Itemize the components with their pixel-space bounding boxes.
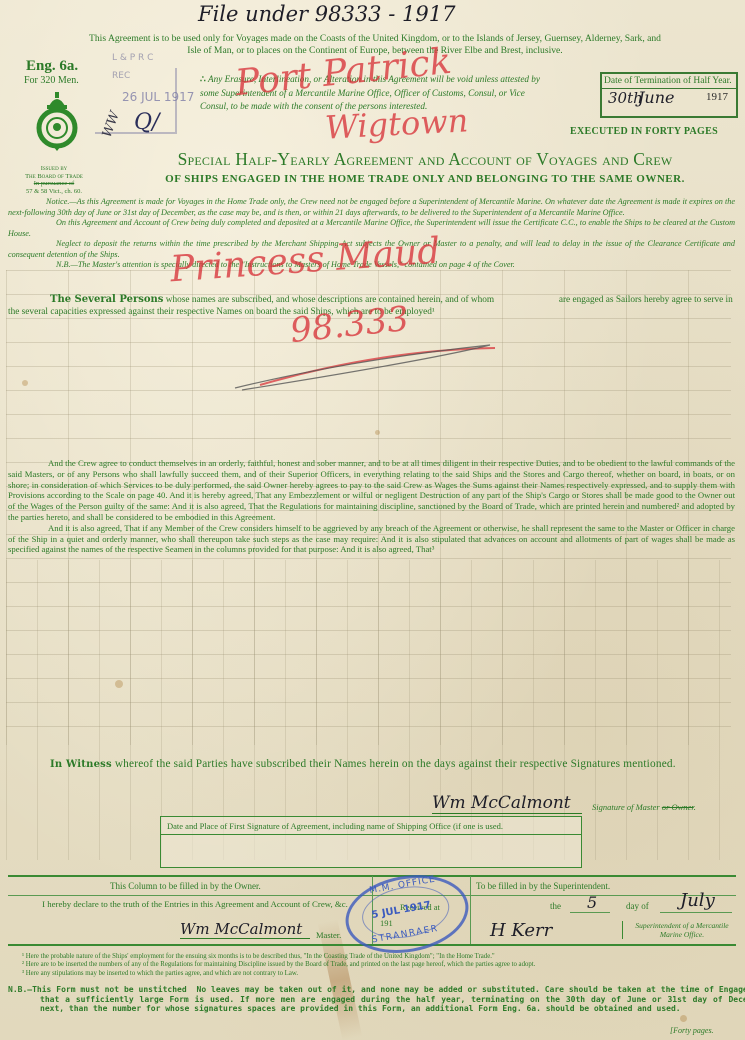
received-stamp-line1: L & P R C — [112, 53, 153, 63]
received-stamp-line2: REC — [112, 71, 130, 81]
issued-by-line: Issued by — [14, 165, 94, 173]
signature-label-struck: or Owner — [662, 802, 694, 812]
column-divider — [470, 876, 471, 944]
termination-month: June — [638, 88, 675, 107]
crew-list-column-grid — [6, 560, 731, 860]
owner-declaration: I hereby declare to the truth of the Ent… — [40, 899, 350, 910]
master-label: Master. — [316, 930, 341, 940]
royal-crest-icon — [34, 90, 80, 152]
issued-by-line: In pursuance of — [14, 180, 94, 188]
red-town-annotation: Wigtown — [324, 101, 469, 146]
superintendent-title: Superintendent of a Mercantile Marine Of… — [622, 921, 738, 939]
month-underline — [660, 912, 732, 913]
master-signature: Wm McCalmont — [432, 793, 582, 814]
owner-signature: Wm McCalmont — [180, 920, 310, 939]
termination-date-value: 30th June 1917 — [602, 89, 736, 109]
issued-by-board: Issued by The Board of Trade In pursuanc… — [14, 165, 94, 195]
received-stamp-date: 26 JUL 1917 — [122, 90, 194, 104]
witness-lead: In Witness — [50, 759, 112, 770]
superintendent-signature: H Kerr — [490, 920, 552, 941]
footnote: ¹ Here the probable nature of the Ships'… — [22, 953, 722, 961]
office-stamp: M.M. OFFICE 5 JUL 1917 STRANRAER — [339, 866, 474, 962]
form-code: Eng. 6a. — [26, 58, 78, 75]
first-signature-box: Date and Place of First Signature of Agr… — [160, 816, 582, 868]
nb-footer: N.B.—This Form must not be unstitched No… — [8, 985, 745, 1014]
crew-clause-paragraph: And the Crew agree to conduct themselves… — [8, 458, 735, 523]
termination-date-label: Date of Termination of Half Year. — [602, 74, 736, 89]
witness-text: whereof the said Parties have subscribed… — [115, 758, 676, 770]
usage-note-line-1: This Agreement is to be used only for Vo… — [30, 33, 720, 45]
persons-clause-lead: The Several Persons — [50, 294, 163, 305]
witness-clause: In Witness whereof the said Parties have… — [8, 758, 735, 771]
termination-year: 1917 — [706, 91, 728, 103]
page-subtitle: OF SHIPS ENGAGED IN THE HOME TRADE ONLY … — [110, 173, 740, 185]
owner-column-label: This Column to be filled in by the Owner… — [110, 881, 261, 891]
footnote: ³ Here any stipulations may be inserted … — [22, 970, 722, 978]
crew-clause-paragraph: And it is also agreed, That if any Membe… — [8, 523, 735, 555]
file-note-handwritten: File under 98333 - 1917 — [198, 2, 455, 26]
the-label: the — [550, 901, 561, 911]
day-value: 5 — [587, 893, 597, 912]
issued-by-line: 57 & 58 Vict., ch. 60. — [14, 188, 94, 196]
executed-note: EXECUTED IN FORTY PAGES — [570, 126, 718, 137]
asterism-icon: ∴ — [200, 74, 206, 84]
page-title: Special Half-Yearly Agreement and Accoun… — [110, 149, 740, 170]
pencil-mark: Q/ — [134, 110, 159, 135]
crew-agreement-document: File under 98333 - 1917 This Agreement i… — [0, 0, 745, 1040]
signature-label-text: Signature of Master — [592, 802, 660, 812]
first-signature-field[interactable] — [161, 835, 581, 865]
signature-label: Signature of Master or Owner. — [592, 802, 696, 812]
nb-footer-lead: N.B.—This Form must not be unstitched — [8, 985, 187, 994]
foxing-spot — [22, 380, 28, 386]
termination-date-box: Date of Termination of Half Year. 30th J… — [600, 72, 738, 118]
forty-pages-note: [Forty pages. — [670, 1026, 714, 1035]
day-underline — [570, 912, 610, 913]
day-of-label: day of — [626, 901, 649, 911]
issued-by-line: The Board of Trade — [14, 173, 94, 181]
footnotes: ¹ Here the probable nature of the Ships'… — [22, 953, 722, 978]
first-signature-label: Date and Place of First Signature of Agr… — [161, 817, 581, 835]
form-capacity: For 320 Men. — [24, 75, 79, 86]
crew-clause: And the Crew agree to conduct themselves… — [8, 458, 735, 555]
foxing-spot — [115, 680, 123, 688]
foxing-spot — [375, 430, 380, 435]
persons-clause-text: whose names are subscribed, and whose de… — [166, 295, 494, 305]
superintendent-column-label: To be filled in by the Superintendent. — [476, 881, 610, 891]
strike-through-mark — [230, 340, 510, 400]
month-value: July — [680, 890, 715, 911]
foxing-spot — [680, 1015, 687, 1022]
notice-paragraph: Notice.—As this Agreement is made for Vo… — [8, 197, 735, 218]
footnote: ² Here are to be inserted the numbers of… — [22, 961, 722, 969]
